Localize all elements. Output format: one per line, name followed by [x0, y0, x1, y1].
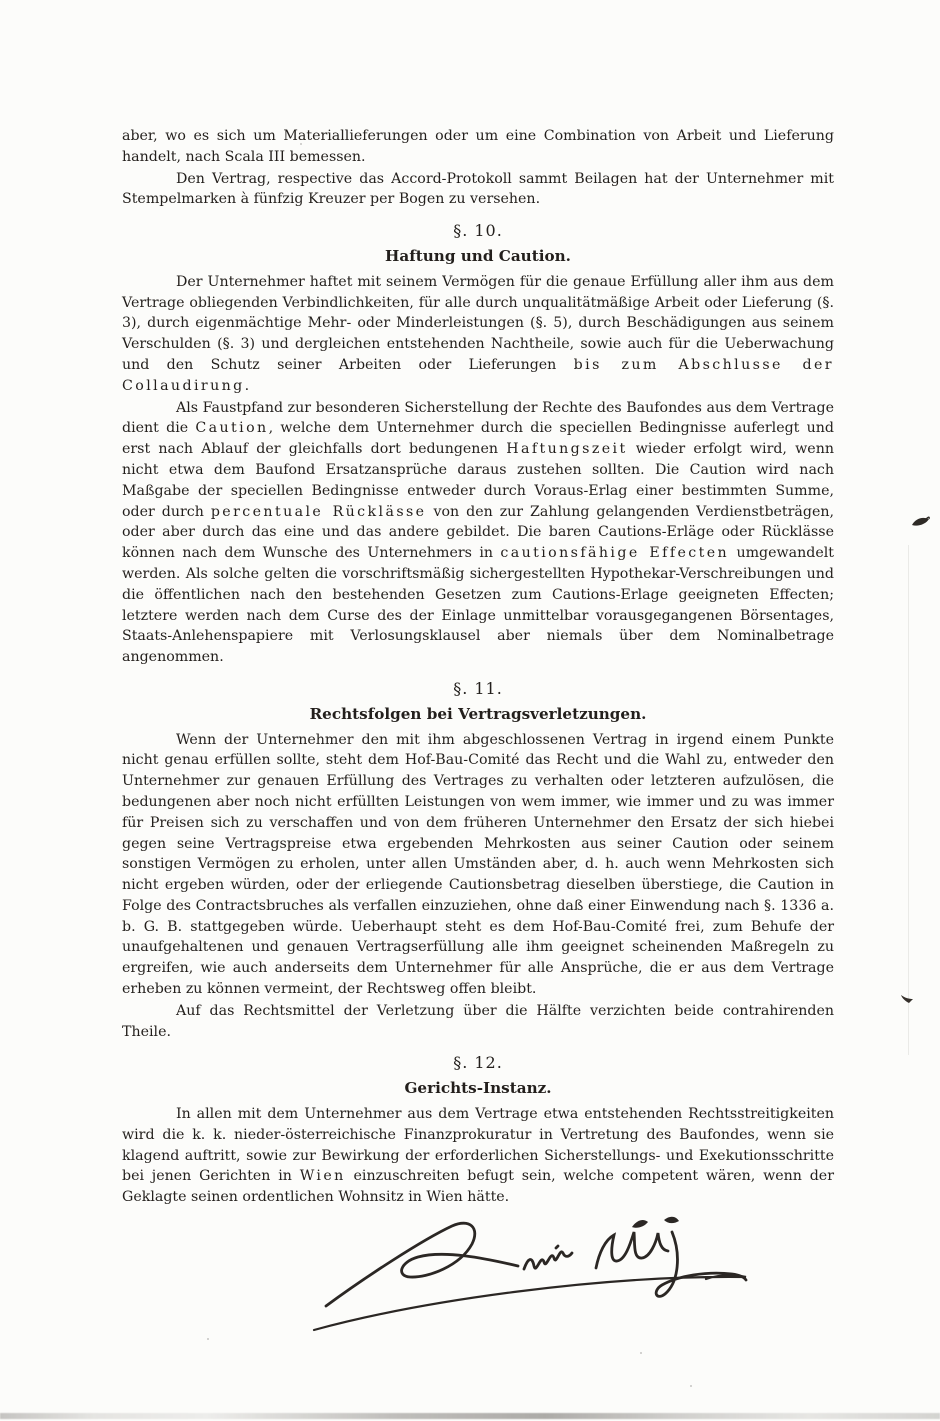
- text-segment: umgewandelt werden. Als solche gelten di…: [122, 545, 834, 665]
- body-paragraph: Als Faustpfand zur besonderen Sicherstel…: [122, 398, 834, 668]
- section-heading: §. 10.Haftung und Caution.: [122, 221, 834, 267]
- emphasized-text: Wien: [300, 1168, 346, 1184]
- scan-speck: [640, 1352, 642, 1354]
- scanner-edge-stripe: [0, 1413, 940, 1419]
- text-segment: aber, wo es sich um Materiallieferungen …: [122, 128, 834, 165]
- body-paragraph: aber, wo es sich um Materiallieferungen …: [122, 126, 834, 168]
- emphasized-text: Haftungszeit: [506, 441, 627, 457]
- scanned-document-page: aber, wo es sich um Materiallieferungen …: [0, 0, 940, 1421]
- section-number: §. 10.: [122, 221, 834, 242]
- scan-speck: [300, 143, 302, 145]
- text-segment: Auf das Rechtsmittel der Verletzung über…: [122, 1003, 834, 1040]
- section-title: Rechtsfolgen bei Vertragsverletzungen.: [122, 704, 834, 725]
- emphasized-text: Caution: [195, 420, 268, 436]
- section-number: §. 11.: [122, 679, 834, 700]
- scan-crease-line: [908, 545, 909, 1055]
- body-paragraph: In allen mit dem Unternehmer aus dem Ver…: [122, 1104, 834, 1208]
- body-paragraph: Der Unternehmer haftet mit seinem Vermög…: [122, 272, 834, 397]
- ink-blot-right-upper: [910, 515, 932, 531]
- emphasized-text: cautionsfähige Effecten: [500, 545, 729, 561]
- section-title: Gerichts-Instanz.: [122, 1078, 834, 1099]
- handwritten-signature-icon: [304, 1214, 764, 1342]
- document-body: aber, wo es sich um Materiallieferungen …: [122, 126, 834, 1342]
- ink-blot-right-lower: [900, 993, 916, 1005]
- emphasized-text: percentuale Rücklässe: [211, 504, 427, 520]
- scan-speck: [690, 1385, 692, 1387]
- section-title: Haftung und Caution.: [122, 246, 834, 267]
- text-segment: Wenn der Unternehmer den mit ihm abgesch…: [122, 732, 834, 998]
- body-paragraph: Auf das Rechtsmittel der Verletzung über…: [122, 1001, 834, 1043]
- section-heading: §. 11.Rechtsfolgen bei Vertragsverletzun…: [122, 679, 834, 725]
- signature: [304, 1214, 764, 1342]
- body-paragraph: Wenn der Unternehmer den mit ihm abgesch…: [122, 730, 834, 1000]
- section-heading: §. 12.Gerichts-Instanz.: [122, 1053, 834, 1099]
- body-paragraph: Den Vertrag, respective das Accord-Proto…: [122, 169, 834, 211]
- scan-speck: [207, 1338, 209, 1340]
- text-segment: Den Vertrag, respective das Accord-Proto…: [122, 171, 834, 208]
- section-number: §. 12.: [122, 1053, 834, 1074]
